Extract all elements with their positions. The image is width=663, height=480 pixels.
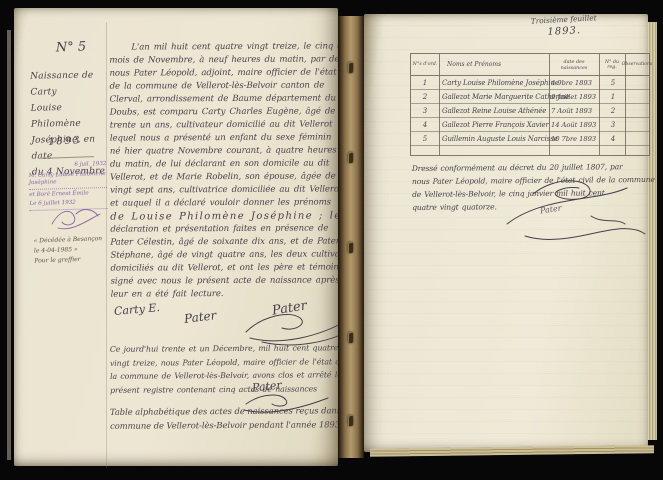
cell-observations (627, 132, 649, 145)
closing-line: la commune de Vellerot-lès-Belvoir, avon… (110, 368, 350, 383)
act-line: Clerval, arrondissement de Baume départe… (110, 92, 348, 106)
mention-line: M. Carty Louise Philomène Joséphine (29, 170, 107, 189)
act-line: du matin, de lui déclarant en son domici… (110, 157, 348, 171)
cell-observations (627, 90, 649, 103)
register-closing-paragraph: Ce jourd'hui trente et un Décembre, mil … (110, 341, 350, 397)
act-line: Pater Célestin, âgé de soixante dix ans,… (110, 235, 348, 249)
margin-title-line: Louise Philomène (31, 99, 108, 132)
act-line: L'an mil huit cent quatre vingt treize, … (109, 40, 347, 54)
act-line: déclaration et présentation faites en pr… (110, 222, 348, 236)
table-row: 1 Carty Louise Philomène Joséphine 4 9br… (411, 76, 649, 90)
cell-observations (627, 104, 649, 117)
act-line: nous Pater Léopold, adjoint, maire offic… (109, 66, 347, 80)
cell-birth-date: 9 Juillet 1893 (551, 90, 596, 103)
table-row: 4 Gallezot Pierre François Xavier 14 Aoû… (411, 118, 649, 132)
cell-order-number: 5 (411, 132, 439, 145)
mention-line: Pour le greffier (34, 253, 122, 266)
cell-order-number: 4 (411, 118, 439, 131)
column-header-birth-date: date des naissances (550, 54, 598, 75)
act-line: Stéphane, âgé de vingt quatre ans, les d… (110, 248, 348, 262)
act-line: lequel nous a présenté un enfant du sexe… (110, 131, 348, 145)
cell-name: Gallezot Reine Louise Athénée (442, 104, 546, 117)
cell-birth-date: 14 Août 1893 (551, 118, 596, 131)
cell-register-number: 4 (601, 132, 625, 145)
table-row: 3 Gallezot Reine Louise Athénée 7 Août 1… (411, 104, 649, 118)
column-header-register-number: N° du reg. (600, 54, 624, 75)
cell-register-number: 3 (601, 118, 625, 131)
birth-act-body: L'an mil huit cent quatre vingt treize, … (109, 40, 348, 301)
binding-stitch (348, 62, 353, 73)
cell-register-number: 1 (601, 90, 625, 103)
cell-order-number: 1 (411, 76, 439, 89)
column-header-names: Noms et Prénoms (441, 54, 553, 75)
act-line: mois de Novembre, à neuf heures du matin… (109, 53, 347, 67)
binding-stitch (348, 415, 353, 426)
book-spine-binding (338, 16, 364, 458)
act-line: trente un ans, cultivateur domicilié au … (110, 118, 348, 132)
cell-observations (627, 76, 649, 89)
table-row: 5 Guillemin Auguste Louis Narcisse 10 7b… (411, 132, 649, 146)
marriage-mention-signature-flourish (48, 204, 102, 232)
cell-name: Carty Louise Philomène Joséphine (442, 76, 559, 89)
cell-birth-date: 10 7bre 1893 (551, 132, 596, 145)
cell-name: Gallezot Pierre François Xavier (442, 118, 549, 131)
alphabetical-index-table: N°s d'ord. Noms et Prénoms date des nais… (410, 53, 650, 156)
binding-stitch (348, 242, 353, 253)
decease-marginal-mention: « Décédée à Besançon le 4-04-1985 » Pour… (34, 233, 123, 266)
table-row: 2 Gallezot Marie Marguerite Catherine 9 … (411, 90, 649, 104)
signature-father: Carty E. (114, 301, 161, 318)
act-line: leur en a été fait lecture. (111, 287, 349, 301)
signature-flourish (242, 306, 352, 346)
binding-stitch (348, 332, 353, 343)
caption-line: commune de Vellerot-lès-Belvoir pendant … (110, 417, 352, 433)
cell-register-number: 5 (601, 76, 625, 89)
cell-name: Guillemin Auguste Louis Narcisse (442, 132, 558, 145)
cell-observations (627, 118, 649, 131)
act-line: domiciliés au dit Vellerot, et ont les p… (110, 261, 348, 275)
left-page: N° 5 Naissance de Carty Louise Philomène… (14, 8, 338, 466)
book-cover-edge (7, 30, 11, 460)
cell-birth-date: 7 Août 1893 (551, 104, 592, 117)
signature-witness: Pater (183, 308, 217, 326)
act-line: vingt sept ans, cultivatrice domiciliée … (110, 183, 348, 197)
column-header-observations: Observations (626, 54, 648, 75)
cell-order-number: 3 (411, 104, 439, 117)
mention-line: 6 juil. 1932 (28, 161, 106, 171)
act-line: né hier quatre Novembre courant, à quatr… (110, 144, 348, 158)
cell-order-number: 2 (411, 90, 439, 103)
mention-line: et Boré Ernest Émile (29, 189, 107, 199)
act-line: Vellerot, et de Marie Robelin, son épous… (110, 170, 348, 184)
act-line: signé avec nous le présent acte de naiss… (111, 274, 349, 288)
act-line-child-names: de Louise Philomène Joséphine ; les dite… (110, 209, 348, 223)
signature-flourish (495, 172, 650, 257)
act-line: de la commune de Vellerot-lès-Belvoir ca… (110, 79, 348, 93)
table-body: 1 Carty Louise Philomène Joséphine 4 9br… (411, 76, 649, 146)
closing-line: Ce jourd'hui trente et un Décembre, mil … (110, 341, 350, 356)
column-header-order-number: N°s d'ord. (411, 54, 439, 75)
act-line: et auquel il a déclaré vouloir donner le… (110, 196, 348, 210)
binding-stitch (348, 152, 353, 163)
cell-register-number: 2 (601, 104, 625, 117)
table-header-row: N°s d'ord. Noms et Prénoms date des nais… (411, 54, 649, 76)
margin-title-line: Naissance de Carty (30, 67, 107, 100)
alphabetical-table-caption: Table alphabétique des actes de naissanc… (110, 403, 352, 433)
margin-year: 1893 (48, 135, 82, 148)
cell-birth-date: 4 9bre 1893 (551, 76, 592, 89)
act-line: Doubs, est comparu Carty Charles Eugène,… (110, 105, 348, 119)
act-number: N° 5 (38, 39, 104, 56)
scanned-register-page: N° 5 Naissance de Carty Louise Philomène… (0, 0, 663, 480)
